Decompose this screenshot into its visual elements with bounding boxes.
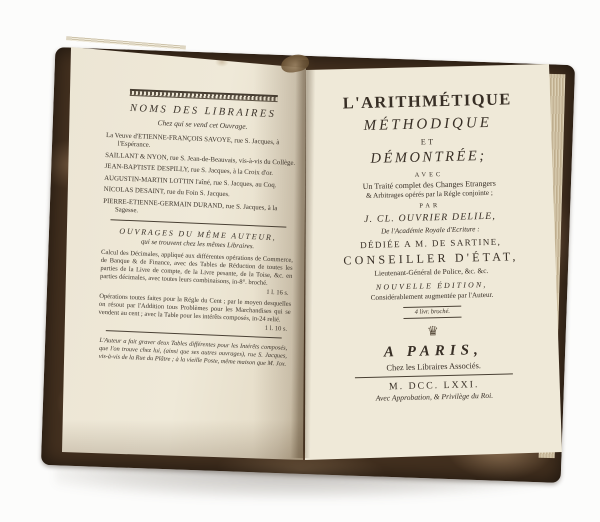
booksellers-list: La Veuve d'ETIENNE-FRANÇOIS SAVOYE, rue … [103, 132, 298, 222]
book-photo-scene: NOMS DES LIBRAIRES Chez qui se vend cet … [0, 0, 600, 522]
book-title-line: MÉTHODIQUE [321, 114, 535, 136]
title-page-text: L'ARITHMÉTIQUE MÉTHODIQUE ET DÉMONTRÉE; … [320, 89, 542, 404]
crown-fleuron-icon: ♛ [326, 322, 540, 340]
divider-rule [355, 373, 513, 378]
author-title: De l'Académie Royale d'Ecriture : [323, 224, 537, 237]
book-title-line: DÉMONTRÉE; [321, 147, 535, 169]
booksellers-page-text: NOMS DES LIBRAIRES Chez qui se vend cet … [97, 88, 300, 368]
book-title-line: L'ARITHMÉTIQUE [320, 89, 534, 114]
price-note: 4 livr. broché. [404, 305, 462, 318]
